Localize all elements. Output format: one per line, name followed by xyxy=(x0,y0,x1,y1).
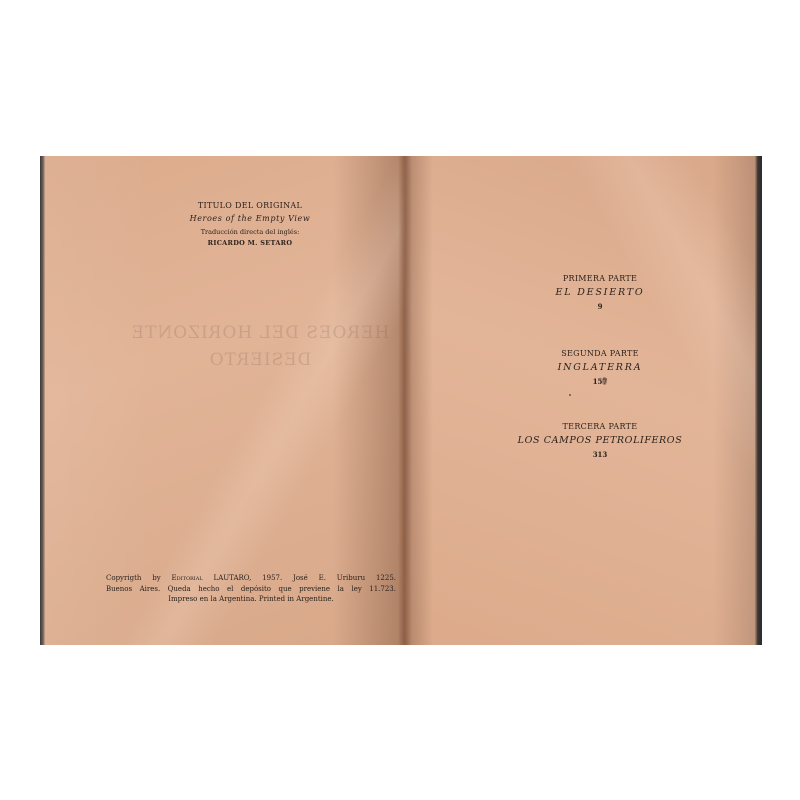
contents-entry: SEGUNDA PARTE INGLATERRA 157 xyxy=(505,349,695,386)
copyright-line-1: Copyrigth by Editorial LAUTARO, 1957. Jo… xyxy=(106,573,396,584)
copyright-notice: Copyrigth by Editorial LAUTARO, 1957. Jo… xyxy=(106,573,396,605)
part-title: EL DESIERTO xyxy=(505,287,695,298)
contents-entry: PRIMERA PARTE EL DESIERTO 9 xyxy=(505,274,695,311)
ink-stain xyxy=(602,377,607,385)
part-label: SEGUNDA PARTE xyxy=(505,349,695,358)
bleed-through-text: HEROES DEL HORIZONTE xyxy=(125,323,395,343)
copyright-prefix: Copyrigth by xyxy=(106,574,172,582)
part-title: INGLATERRA xyxy=(505,362,695,373)
part-label: TERCERA PARTE xyxy=(505,422,695,431)
publisher-details: LAUTARO, 1957. José E. Uriburu 1225. xyxy=(203,574,396,582)
ink-speck xyxy=(569,394,571,396)
copyright-line-3: Impreso en la Argentina. Printed in Arge… xyxy=(106,594,396,605)
translation-label: Traducción directa del inglés: xyxy=(150,228,350,236)
right-page xyxy=(405,156,755,645)
contents-entry: TERCERA PARTE LOS CAMPOS PETROLIFEROS 31… xyxy=(505,422,695,459)
book-gutter xyxy=(398,156,412,645)
copyright-line-2: Buenos Aires. Queda hecho el depósito qu… xyxy=(106,584,396,595)
bleed-through-text: DESIERTO xyxy=(200,350,320,370)
part-title: LOS CAMPOS PETROLIFEROS xyxy=(505,435,695,446)
book-edge-right xyxy=(755,156,762,645)
publisher-label: Editorial xyxy=(172,574,203,582)
page-number: 9 xyxy=(505,302,695,311)
translator-name: RICARDO M. SETARO xyxy=(150,239,350,247)
original-title-label: TITULO DEL ORIGINAL xyxy=(150,201,350,210)
part-label: PRIMERA PARTE xyxy=(505,274,695,283)
page-number: 157 xyxy=(505,377,695,386)
book-edge-left xyxy=(40,156,45,645)
page-number: 313 xyxy=(505,450,695,459)
original-title: Heroes of the Empty View xyxy=(150,214,350,223)
